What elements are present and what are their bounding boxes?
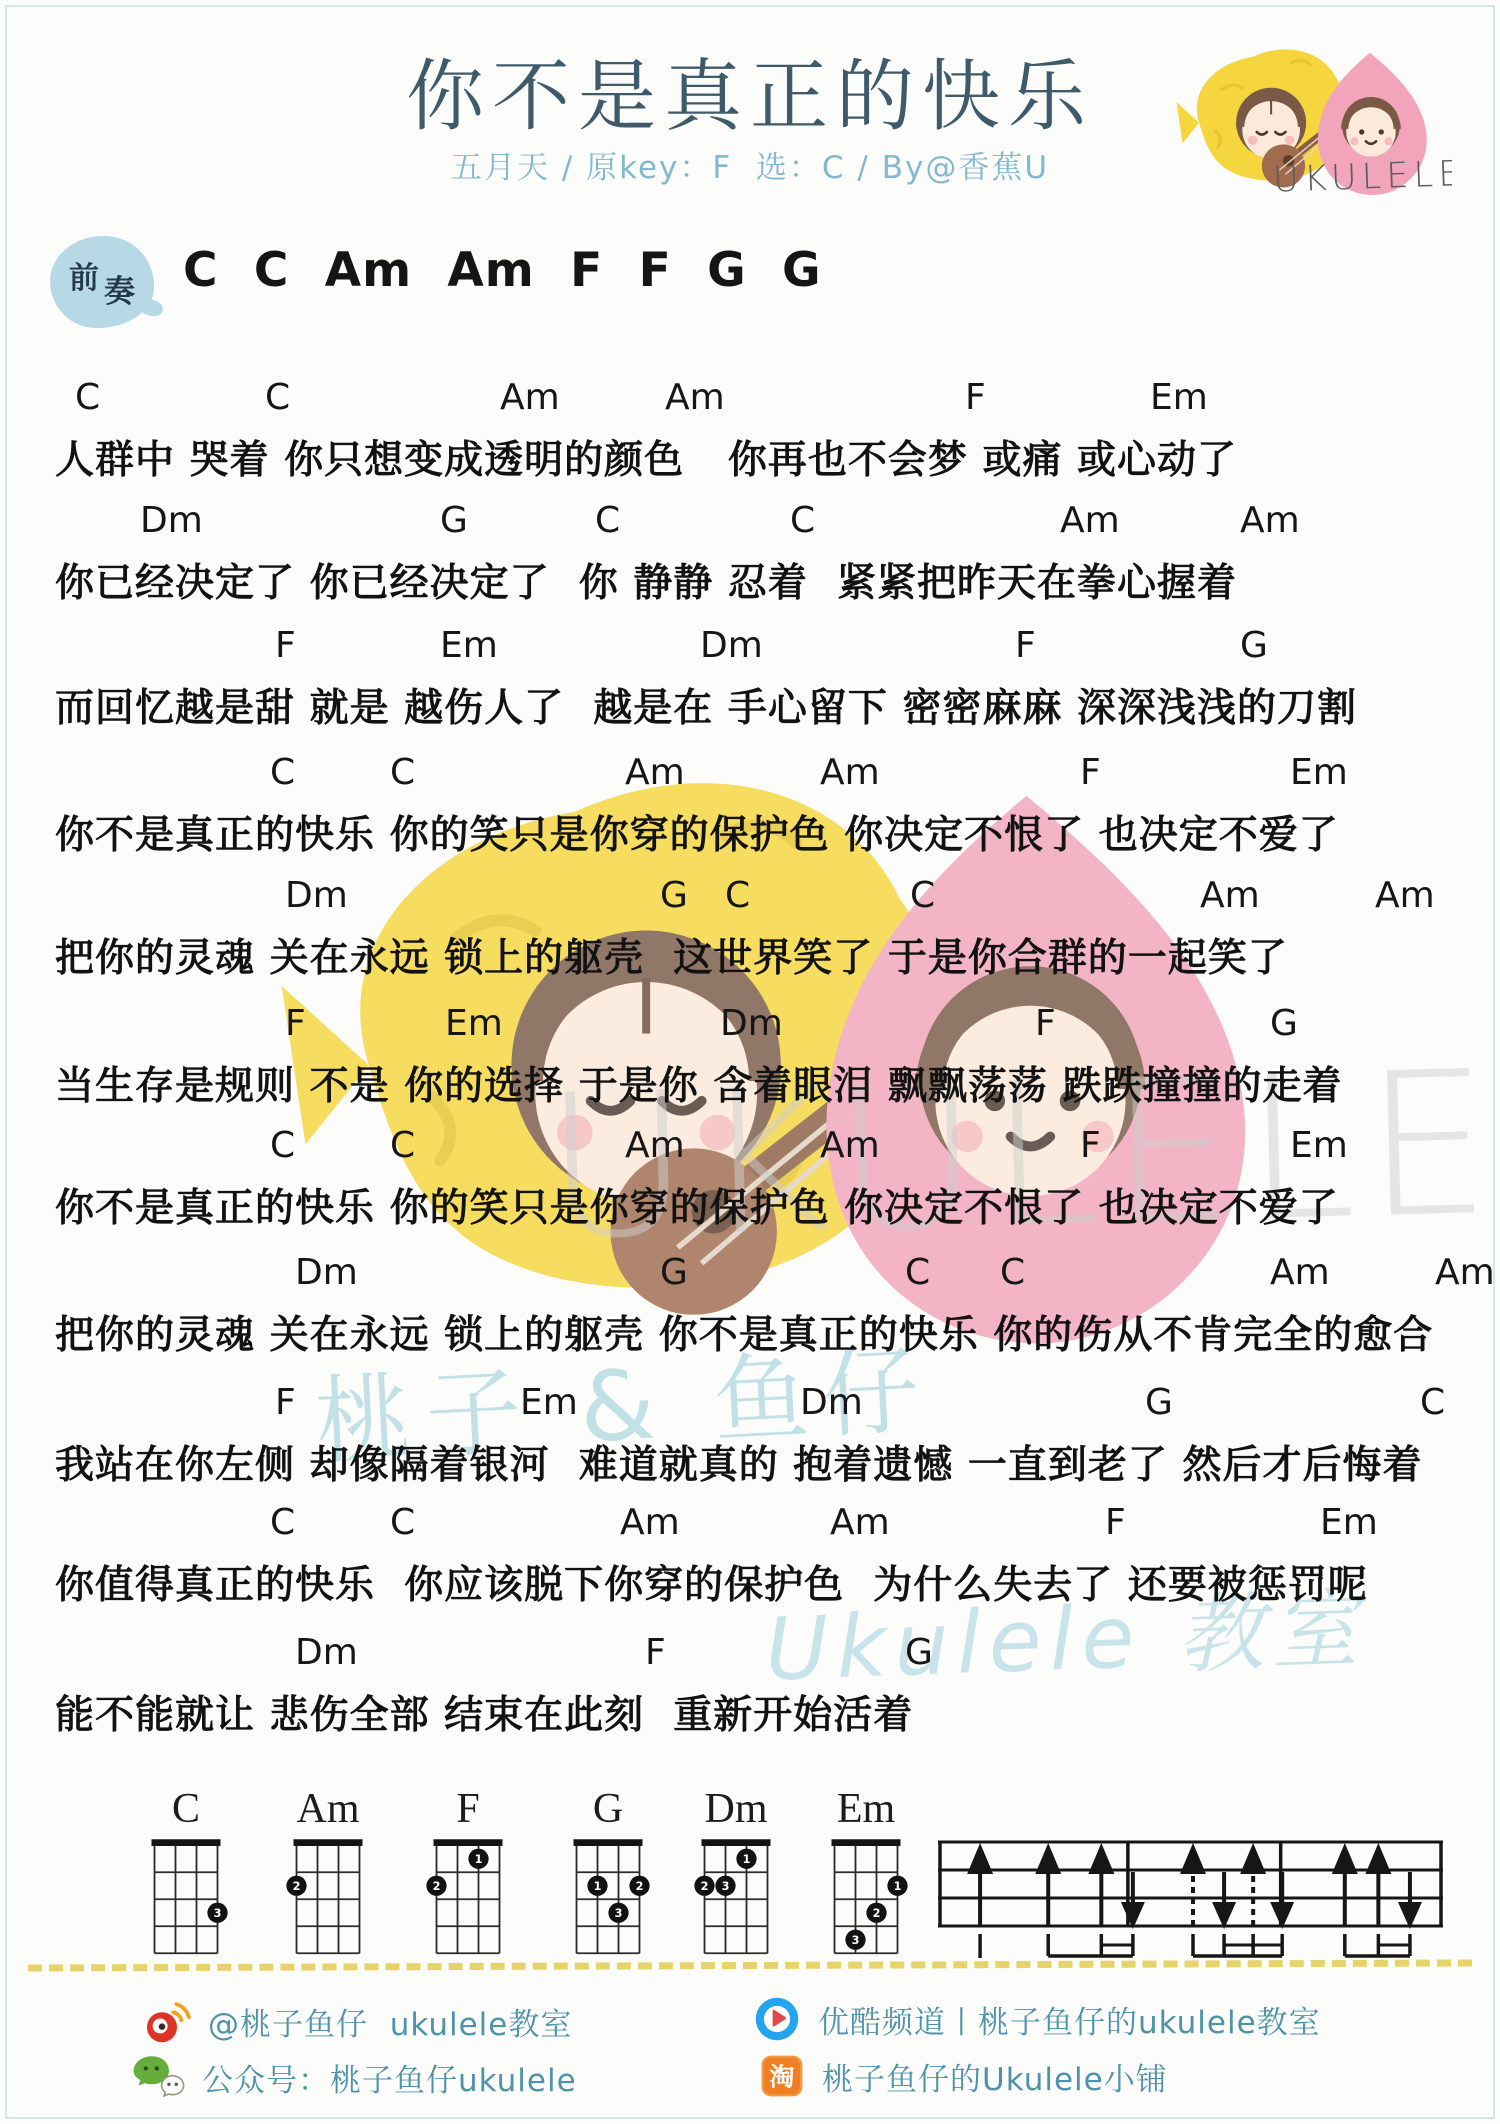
song-line: DmFG能不能就让 悲伤全部 结束在此刻 重新开始活着 xyxy=(0,1632,1500,1750)
chord-label: C xyxy=(790,500,815,541)
svg-text:1: 1 xyxy=(594,1880,602,1893)
chord-label: Em xyxy=(440,625,498,666)
song-line: FEmDmFG而回忆越是甜 就是 越伤人了 越是在 手心留下 密密麻麻 深深浅浅… xyxy=(0,625,1500,743)
chord-label: Dm xyxy=(800,1382,863,1423)
taobao-shop: 桃子鱼仔的Ukulele小铺 xyxy=(822,2054,1168,2099)
footer-taobao: 淘 桃子鱼仔的Ukulele小铺 xyxy=(758,2052,1168,2100)
lyrics-line: 把你的灵魂 关在永远 锁上的躯壳 这世界笑了 于是你合群的一起笑了 xyxy=(55,927,1288,983)
song-line: CCAmAmFEm你不是真正的快乐 你的笑只是你穿的保护色 你决定不恨了 也决定… xyxy=(0,1125,1500,1243)
song-line: DmGCCAmAm把你的灵魂 关在永远 锁上的躯壳 你不是真正的快乐 你的伤从不… xyxy=(0,1252,1500,1370)
svg-text:1: 1 xyxy=(743,1853,751,1866)
chord-label: Dm xyxy=(295,1632,358,1673)
wechat-account: 公众号：桃子鱼仔ukulele xyxy=(202,2055,577,2100)
song-line: FEmDmFG当生存是规则 不是 你的选择 于是你 含着眼泪 飘飘荡荡 跌跌撞撞… xyxy=(0,1003,1500,1121)
intro-badge: 前 奏 xyxy=(50,236,154,328)
lyrics-line: 你值得真正的快乐 你应该脱下你穿的保护色 为什么失去了 还要被惩罚呢 xyxy=(55,1554,1368,1610)
chord-label: Am xyxy=(1435,1252,1495,1293)
svg-text:1: 1 xyxy=(475,1853,483,1866)
svg-text:3: 3 xyxy=(852,1934,860,1947)
strumming-pattern xyxy=(938,1832,1443,1968)
chord-diagram-em: Em123 xyxy=(816,1786,916,1961)
lyrics-line: 把你的灵魂 关在永远 锁上的躯壳 你不是真正的快乐 你的伤从不肯完全的愈合 xyxy=(55,1304,1433,1360)
chord-diagram-name: Em xyxy=(816,1786,916,1832)
chord-label: G xyxy=(1240,625,1268,666)
lyrics-line: 当生存是规则 不是 你的选择 于是你 含着眼泪 飘飘荡荡 跌跌撞撞的走着 xyxy=(55,1055,1342,1111)
chord-label: G xyxy=(660,875,688,916)
chord-label: C xyxy=(270,1125,295,1166)
dashed-separator xyxy=(28,1959,1472,1971)
chord-label: Dm xyxy=(295,1252,358,1293)
chord-label: C xyxy=(1420,1382,1445,1423)
chord-diagram-g: G123 xyxy=(558,1786,658,1961)
chord-diagram-name: C xyxy=(136,1786,236,1832)
logo-text: UKULELE xyxy=(1272,154,1452,201)
chord-label: Dm xyxy=(720,1003,783,1044)
chord-label: Am xyxy=(1375,875,1435,916)
svg-text:2: 2 xyxy=(636,1880,644,1893)
chord-label: F xyxy=(965,377,986,418)
footer-youku: 优酷频道丨桃子鱼仔的ukulele教室 xyxy=(752,1994,1321,2044)
chord-label: Em xyxy=(1290,1125,1348,1166)
svg-text:3: 3 xyxy=(722,1880,730,1893)
chord-sheet-page: UKULELE 桃子 & 鱼仔 Ukulele 教室 你不是真正的快乐 五月天 … xyxy=(0,0,1500,2124)
chord-label: F xyxy=(1035,1003,1056,1044)
lyrics-line: 我站在你左侧 却像隔着银河 难道就真的 抱着遗憾 一直到老了 然后才后悔着 xyxy=(55,1434,1422,1490)
intro-chord-progression: C C Am Am F F G G xyxy=(183,243,822,298)
svg-text:2: 2 xyxy=(873,1907,881,1920)
chord-label: Am xyxy=(620,1502,680,1543)
chord-label: F xyxy=(1105,1502,1126,1543)
chord-label: C xyxy=(270,1502,295,1543)
footer-wechat: 公众号：桃子鱼仔ukulele xyxy=(130,2052,577,2102)
weibo-handle: @桃子鱼仔 ukulele教室 xyxy=(208,1999,572,2044)
chord-label: F xyxy=(275,625,296,666)
intro-label-char2: 奏 xyxy=(104,266,135,311)
intro-label-char1: 前 xyxy=(69,253,99,297)
fretboard-grid: 123 xyxy=(560,1836,656,1961)
song-line: CCAmAmFEm你不是真正的快乐 你的笑只是你穿的保护色 你决定不恨了 也决定… xyxy=(0,752,1500,870)
ukulele-studio-logo: UKULELE xyxy=(1152,28,1452,203)
chord-label: Dm xyxy=(140,500,203,541)
fretboard-grid: 12 xyxy=(420,1836,516,1961)
chord-label: Am xyxy=(820,752,880,793)
chord-diagram-name: Am xyxy=(278,1786,378,1832)
mascot-logo-icon: UKULELE xyxy=(1152,28,1452,203)
song-line: DmGCCAmAm你已经决定了 你已经决定了 你 静静 忍着 紧紧把昨天在拳心握… xyxy=(0,500,1500,618)
chord-label: C xyxy=(910,875,935,916)
chord-label: Em xyxy=(520,1382,578,1423)
chord-label: Am xyxy=(1060,500,1120,541)
chord-label: Am xyxy=(625,752,685,793)
chord-label: C xyxy=(725,875,750,916)
chord-label: Dm xyxy=(285,875,348,916)
chord-label: F xyxy=(645,1632,666,1673)
lyrics-line: 能不能就让 悲伤全部 结束在此刻 重新开始活着 xyxy=(55,1684,913,1740)
chord-label: F xyxy=(275,1382,296,1423)
chord-label: Am xyxy=(500,377,560,418)
svg-text:2: 2 xyxy=(293,1880,301,1893)
chord-label: G xyxy=(1145,1382,1173,1423)
chord-label: C xyxy=(390,1502,415,1543)
svg-text:1: 1 xyxy=(894,1880,902,1893)
fretboard-grid: 123 xyxy=(818,1836,914,1961)
song-line: CCAmAmFEm人群中 哭着 你只想变成透明的颜色 你再也不会梦 或痛 或心动… xyxy=(0,377,1500,495)
fretboard-grid: 2 xyxy=(280,1836,376,1961)
svg-text:3: 3 xyxy=(615,1907,623,1920)
youku-channel: 优酷频道丨桃子鱼仔的ukulele教室 xyxy=(818,1997,1321,2042)
fretboard-grid: 123 xyxy=(688,1836,784,1961)
chord-label: F xyxy=(1080,1125,1101,1166)
wechat-icon xyxy=(130,2052,186,2102)
chord-diagram-dm: Dm123 xyxy=(686,1786,786,1961)
chord-label: Am xyxy=(820,1125,880,1166)
chord-diagram-c: C3 xyxy=(136,1786,236,1961)
chord-label: Am xyxy=(665,377,725,418)
chord-label: G xyxy=(440,500,468,541)
chord-label: C xyxy=(390,1125,415,1166)
svg-text:2: 2 xyxy=(433,1880,441,1893)
chord-label: Em xyxy=(1290,752,1348,793)
chord-label: Am xyxy=(1270,1252,1330,1293)
chord-label: Am xyxy=(830,1502,890,1543)
chord-diagram-name: G xyxy=(558,1786,658,1832)
chord-label: C xyxy=(265,377,290,418)
chord-label: Am xyxy=(1200,875,1260,916)
strum-staff xyxy=(938,1832,1443,1964)
lyrics-line: 你不是真正的快乐 你的笑只是你穿的保护色 你决定不恨了 也决定不爱了 xyxy=(55,1177,1339,1233)
lyrics-line: 人群中 哭着 你只想变成透明的颜色 你再也不会梦 或痛 或心动了 xyxy=(55,429,1237,485)
chord-label: Dm xyxy=(700,625,763,666)
chord-diagram-name: F xyxy=(418,1786,518,1832)
lyrics-line: 你不是真正的快乐 你的笑只是你穿的保护色 你决定不恨了 也决定不爱了 xyxy=(55,804,1339,860)
youku-icon xyxy=(752,1994,802,2044)
chord-label: C xyxy=(905,1252,930,1293)
chord-diagram-f: F12 xyxy=(418,1786,518,1961)
fretboard-grid: 3 xyxy=(138,1836,234,1961)
chord-label: F xyxy=(1080,752,1101,793)
chord-label: G xyxy=(1270,1003,1298,1044)
chord-label: Em xyxy=(1320,1502,1378,1543)
chord-diagram-am: Am2 xyxy=(278,1786,378,1961)
chord-label: Am xyxy=(625,1125,685,1166)
chord-label: C xyxy=(75,377,100,418)
chord-diagram-name: Dm xyxy=(686,1786,786,1832)
lyrics-line: 而回忆越是甜 就是 越伤人了 越是在 手心留下 密密麻麻 深深浅浅的刀割 xyxy=(55,677,1357,733)
song-line: FEmDmGC我站在你左侧 却像隔着银河 难道就真的 抱着遗憾 一直到老了 然后… xyxy=(0,1382,1500,1500)
song-line: CCAmAmFEm你值得真正的快乐 你应该脱下你穿的保护色 为什么失去了 还要被… xyxy=(0,1502,1500,1620)
chord-label: G xyxy=(905,1632,933,1673)
chord-label: F xyxy=(1015,625,1036,666)
weibo-icon xyxy=(142,1996,192,2046)
taobao-icon: 淘 xyxy=(758,2052,806,2100)
footer-weibo: @桃子鱼仔 ukulele教室 xyxy=(142,1996,572,2046)
svg-text:3: 3 xyxy=(214,1907,222,1920)
taobao-icon-char: 淘 xyxy=(769,2063,794,2092)
chord-label: C xyxy=(595,500,620,541)
chord-label: F xyxy=(285,1003,306,1044)
chord-label: C xyxy=(1000,1252,1025,1293)
lyrics-line: 你已经决定了 你已经决定了 你 静静 忍着 紧紧把昨天在拳心握着 xyxy=(55,552,1237,608)
chord-label: C xyxy=(270,752,295,793)
song-line: DmGCCAmAm把你的灵魂 关在永远 锁上的躯壳 这世界笑了 于是你合群的一起… xyxy=(0,875,1500,993)
chord-label: Em xyxy=(1150,377,1208,418)
chord-label: C xyxy=(390,752,415,793)
chord-label: Am xyxy=(1240,500,1300,541)
svg-text:2: 2 xyxy=(701,1880,709,1893)
chord-label: Em xyxy=(445,1003,503,1044)
chord-label: G xyxy=(660,1252,688,1293)
